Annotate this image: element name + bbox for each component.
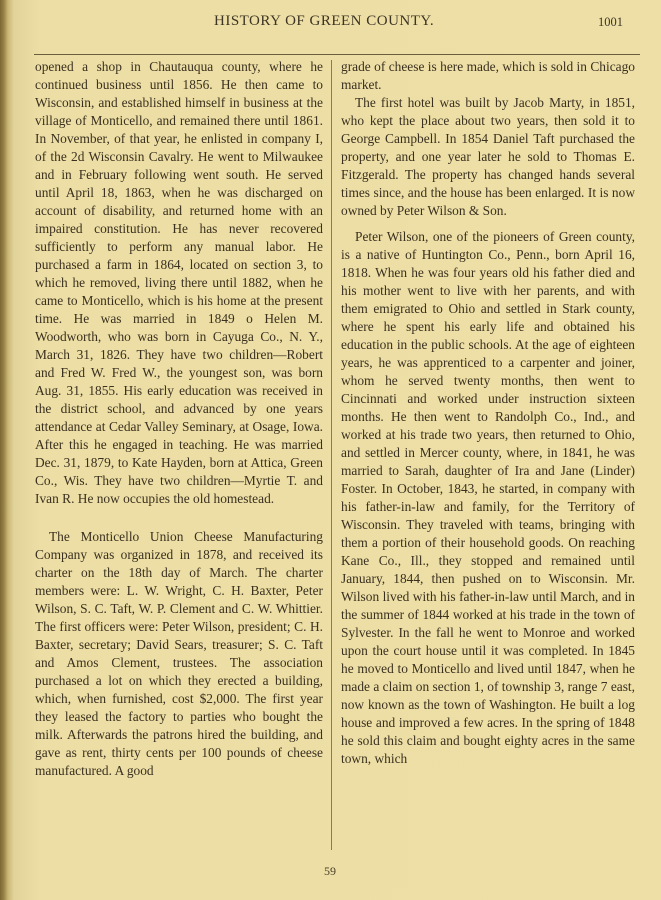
column-divider	[331, 60, 332, 850]
page-number: 1001	[598, 15, 623, 30]
signature-mark: 59	[324, 864, 336, 879]
paragraph: opened a shop in Chautauqua county, wher…	[35, 58, 323, 508]
paragraph: The Monticello Union Cheese Manufacturin…	[35, 528, 323, 780]
left-column: opened a shop in Chautauqua county, wher…	[35, 58, 323, 780]
paragraph-gap	[341, 220, 635, 228]
running-header: HISTORY OF GREEN COUNTY. 1001	[0, 13, 661, 33]
paragraph-gap	[35, 508, 323, 528]
header-rule	[34, 54, 640, 55]
running-title: HISTORY OF GREEN COUNTY.	[214, 13, 434, 30]
right-column: grade of cheese is here made, which is s…	[341, 58, 635, 768]
paragraph: grade of cheese is here made, which is s…	[341, 58, 635, 94]
paragraph: Peter Wilson, one of the pioneers of Gre…	[341, 228, 635, 768]
paragraph: The first hotel was built by Jacob Marty…	[341, 94, 635, 220]
